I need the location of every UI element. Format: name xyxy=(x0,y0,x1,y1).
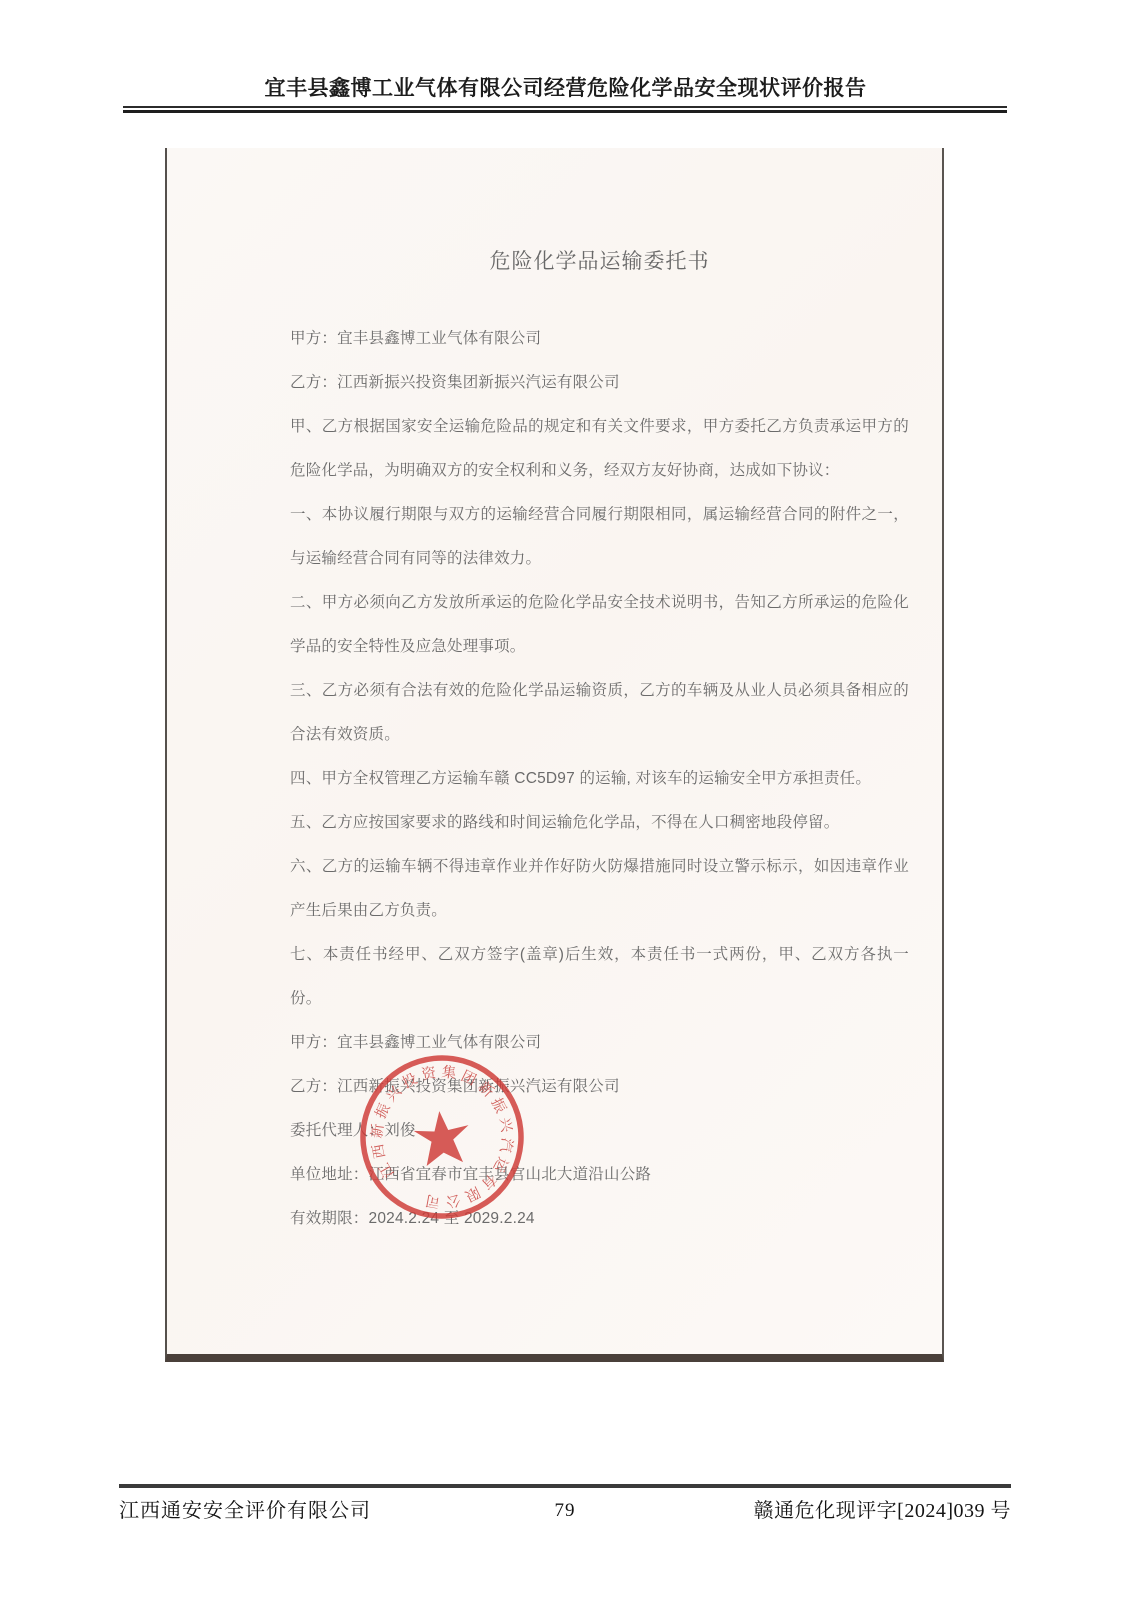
document-title: 危险化学品运输委托书 xyxy=(290,245,909,275)
report-page: 宜丰县鑫博工业气体有限公司经营危险化学品安全现状评价报告 危险化学品运输委托书 … xyxy=(0,0,1131,1600)
page-header: 宜丰县鑫博工业气体有限公司经营危险化学品安全现状评价报告 xyxy=(0,72,1131,102)
scanned-document: 危险化学品运输委托书 甲方：宜丰县鑫博工业气体有限公司乙方：江西新振兴投资集团新… xyxy=(165,148,944,1362)
page-number: 79 xyxy=(119,1500,1011,1522)
document-paragraph: 有效期限：2024.2.24 至 2029.2.24 xyxy=(290,1197,909,1241)
page-footer: 江西通安安全评价有限公司 79 赣通危化现评字[2024]039 号 xyxy=(119,1494,1011,1523)
document-paragraph: 三、乙方必须有合法有效的危险化学品运输资质，乙方的车辆及从业人员必须具备相应的合… xyxy=(290,669,909,757)
header-title: 宜丰县鑫博工业气体有限公司经营危险化学品安全现状评价报告 xyxy=(0,72,1131,102)
scanned-document-content: 危险化学品运输委托书 甲方：宜丰县鑫博工业气体有限公司乙方：江西新振兴投资集团新… xyxy=(167,148,942,1354)
header-double-rule xyxy=(123,106,1007,113)
document-paragraph: 乙方：江西新振兴投资集团新振兴汽运有限公司 xyxy=(290,361,909,405)
document-paragraph: 甲方：宜丰县鑫博工业气体有限公司 xyxy=(290,317,909,361)
document-paragraph: 委托代理人：刘俊 xyxy=(290,1109,909,1153)
document-paragraph: 乙方：江西新振兴投资集团新振兴汽运有限公司 xyxy=(290,1065,909,1109)
document-paragraph: 六、乙方的运输车辆不得违章作业并作好防火防爆措施同时设立警示标示，如因违章作业产… xyxy=(290,845,909,933)
document-paragraph: 甲、乙方根据国家安全运输危险品的规定和有关文件要求，甲方委托乙方负责承运甲方的危… xyxy=(290,405,909,493)
document-paragraph: 单位地址：江西省宜春市宜丰县官山北大道沿山公路 xyxy=(290,1153,909,1197)
document-paragraph: 甲方：宜丰县鑫博工业气体有限公司 xyxy=(290,1021,909,1065)
document-body: 甲方：宜丰县鑫博工业气体有限公司乙方：江西新振兴投资集团新振兴汽运有限公司甲、乙… xyxy=(290,317,909,1241)
document-paragraph: 一、本协议履行期限与双方的运输经营合同履行期限相同，属运输经营合同的附件之一，与… xyxy=(290,493,909,581)
document-paragraph: 五、乙方应按国家要求的路线和时间运输危化学品，不得在人口稠密地段停留。 xyxy=(290,801,909,845)
document-paragraph: 二、甲方必须向乙方发放所承运的危险化学品安全技术说明书，告知乙方所承运的危险化学… xyxy=(290,581,909,669)
document-paragraph: 七、本责任书经甲、乙双方签字(盖章)后生效，本责任书一式两份，甲、乙双方各执一份… xyxy=(290,933,909,1021)
footer-rule xyxy=(119,1484,1011,1488)
document-paragraph: 四、甲方全权管理乙方运输车赣 CC5D97 的运输, 对该车的运输安全甲方承担责… xyxy=(290,757,909,801)
